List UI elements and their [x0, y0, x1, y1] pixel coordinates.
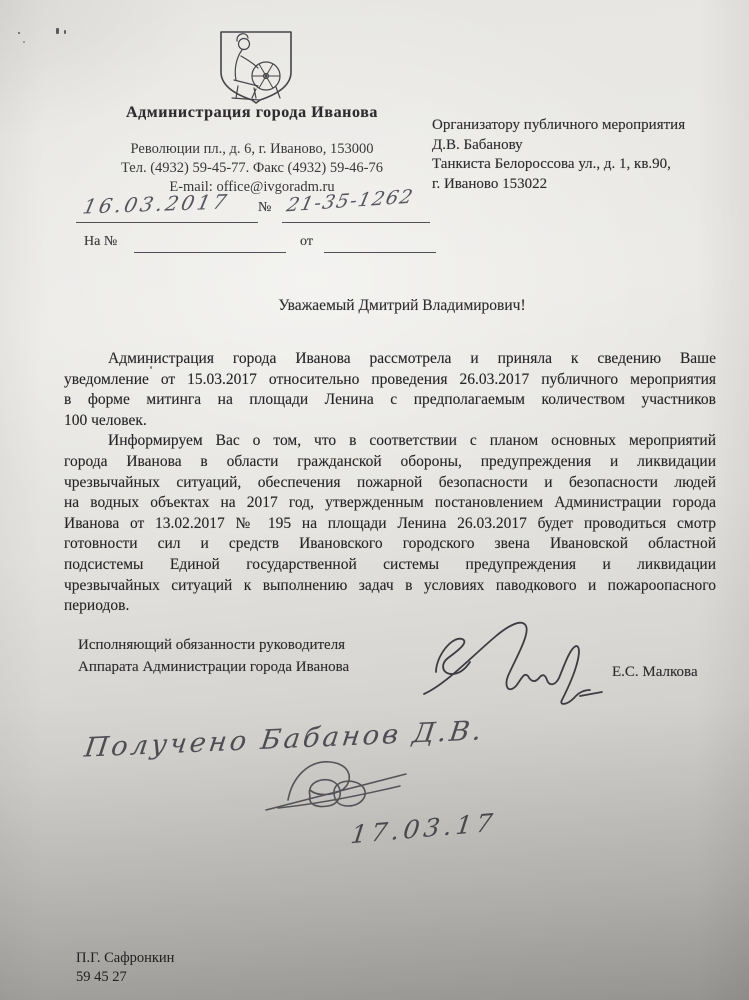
- paragraph-line: на водных объектах на 2017 год, утвержде…: [64, 493, 716, 514]
- blank-line: [282, 222, 430, 223]
- executor-block: П.Г. Сафронкин 59 45 27: [76, 949, 174, 986]
- paragraph-line: подсистемы Единой государственной систем…: [64, 555, 716, 576]
- address-line: Революции пл., д. 6, г. Иваново, 153000: [58, 140, 446, 159]
- paragraph-line: периодов.: [64, 596, 716, 617]
- paragraph-line: города Иванова в области гражданской обо…: [64, 452, 716, 473]
- signature-icon: [418, 606, 603, 706]
- recipient-line: Организатору публичного мероприятия: [432, 116, 732, 136]
- outgoing-date-handwritten: 16.03.2017: [81, 189, 232, 218]
- phone-line: Тел. (4932) 59-45-77. Факс (4932) 59-46-…: [58, 159, 446, 178]
- signer-title-line: Аппарата Администрации города Иванова: [78, 656, 408, 678]
- recipient-line: Танкиста Белороссова ул., д. 1, кв.90,: [432, 155, 732, 175]
- paragraph-line: чрезвычайных ситуаций, обеспечения пожар…: [64, 473, 716, 494]
- recipient-signature-icon: [258, 752, 418, 818]
- ink-speck: [64, 30, 66, 34]
- ink-speck: [56, 28, 59, 34]
- signer-name: Е.С. Малкова: [612, 664, 698, 681]
- salutation: Уважаемый Дмитрий Владимирович!: [55, 297, 749, 315]
- recipient-line: г. Иваново 153022: [432, 175, 732, 195]
- executor-phone: 59 45 27: [76, 968, 174, 987]
- incoming-date-label: от: [300, 234, 313, 250]
- coat-of-arms-icon: [214, 28, 298, 108]
- recipient-block: Организатору публичного мероприятия Д.В.…: [432, 116, 732, 194]
- paragraph-line: чрезвычайных ситуаций к выполнению задач…: [64, 576, 716, 597]
- recipient-line: Д.В. Бабанову: [432, 136, 732, 156]
- letter-body: Администрация города Иванова рассмотрела…: [64, 349, 716, 617]
- signer-title: Исполняющий обязанности руководителя Апп…: [78, 634, 408, 678]
- blank-line: [76, 222, 258, 223]
- paragraph-line: в форме митинга на площади Ленина с пред…: [64, 390, 716, 411]
- executor-name: П.Г. Сафронкин: [76, 949, 174, 968]
- blank-line: [324, 252, 436, 253]
- signer-title-line: Исполняющий обязанности руководителя: [78, 634, 408, 656]
- scanned-letter-page: Администрация города Иванова Революции п…: [0, 0, 749, 1000]
- body-paragraph-1: Администрация города Иванова рассмотрела…: [64, 349, 716, 431]
- ref-number-sign: №: [258, 200, 271, 216]
- blank-line: [134, 252, 286, 253]
- paragraph-line: 100 человек.: [64, 411, 716, 432]
- paragraph-line: уведомление от 15.03.2017 относительно п…: [64, 370, 716, 391]
- body-paragraph-2: Информируем Вас о том, что в соответстви…: [64, 431, 716, 616]
- org-name: Администрация города Иванова: [58, 104, 446, 122]
- incoming-number-label: На №: [84, 234, 117, 250]
- ink-speck: [23, 41, 25, 43]
- paragraph-line: Администрация города Иванова рассмотрела…: [64, 349, 716, 370]
- paragraph-line: Информируем Вас о том, что в соответстви…: [64, 431, 716, 452]
- paragraph-line: готовности сил и средств Ивановского гор…: [64, 534, 716, 555]
- paragraph-line: Иванова от 13.02.2017 № 195 на площади Л…: [64, 514, 716, 535]
- ink-speck: [18, 32, 20, 34]
